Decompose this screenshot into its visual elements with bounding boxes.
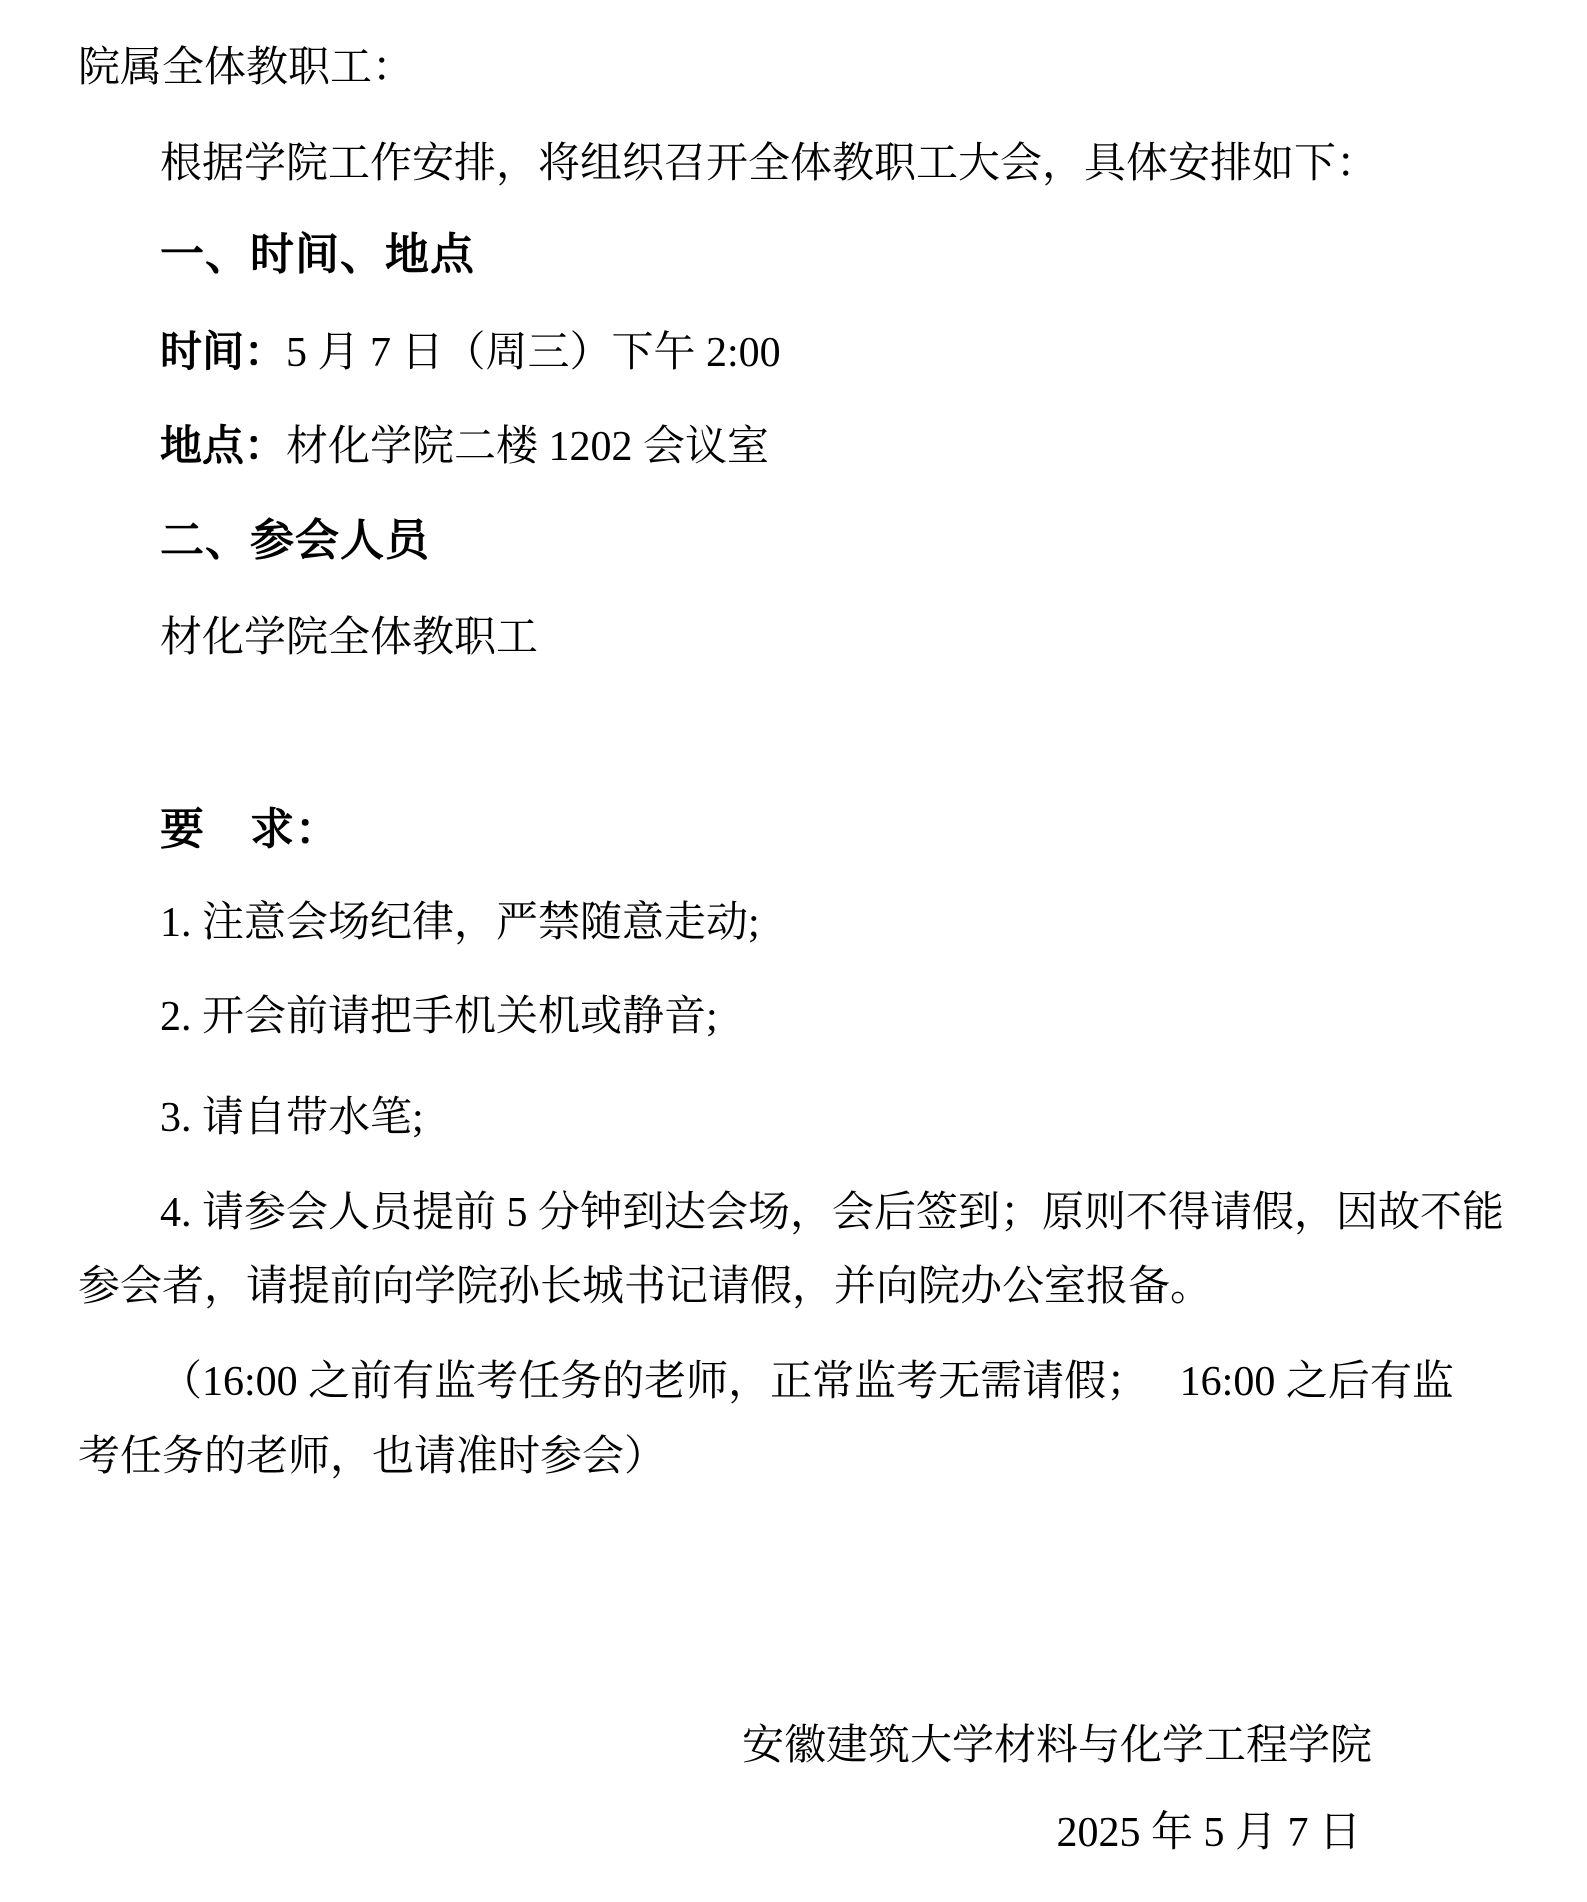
- time-line: 时间：5 月 7 日（周三）下午 2:00: [160, 328, 781, 377]
- attendees-line: 材化学院全体教职工: [160, 614, 538, 662]
- section2-heading: 二、参会人员: [160, 517, 430, 565]
- intro-paragraph: 根据学院工作安排，将组织召开全体教职工大会，具体安排如下：: [160, 140, 1378, 188]
- time-label: 时间：: [160, 328, 286, 375]
- invigilation-note-line-2: 考任务的老师，也请准时参会）: [78, 1433, 666, 1481]
- place-value: 材化学院二楼 1202 会议室: [286, 424, 769, 470]
- requirements-heading: 要 求：: [160, 806, 340, 854]
- place-line: 地点：材化学院二楼 1202 会议室: [160, 422, 769, 471]
- requirement-item-4-line-1: 4. 请参会人员提前 5 分钟到达会场，会后签到；原则不得请假，因故不能: [160, 1189, 1504, 1237]
- section1-heading: 一、时间、地点: [160, 231, 475, 279]
- invigilation-note-line-1: （16:00 之前有监考任务的老师，正常监考无需请假； 16:00 之后有监: [160, 1358, 1454, 1406]
- requirement-item-3: 3. 请自带水笔;: [160, 1094, 424, 1142]
- signature-date: 2025 年 5 月 7 日: [0, 1809, 1587, 1857]
- place-label: 地点：: [160, 422, 286, 469]
- requirement-item-1: 1. 注意会场纪律，严禁随意走动;: [160, 899, 760, 947]
- requirement-item-2: 2. 开会前请把手机关机或静音;: [160, 993, 718, 1041]
- requirement-item-4-line-2: 参会者，请提前向学院孙长城书记请假，并向院办公室报备。: [78, 1263, 1212, 1311]
- time-value: 5 月 7 日（周三）下午 2:00: [286, 330, 781, 376]
- signature-organization: 安徽建筑大学材料与化学工程学院: [0, 1722, 1587, 1770]
- document-page: 院属全体教职工： 根据学院工作安排，将组织召开全体教职工大会，具体安排如下： 一…: [0, 0, 1587, 1902]
- salutation: 院属全体教职工：: [78, 44, 414, 92]
